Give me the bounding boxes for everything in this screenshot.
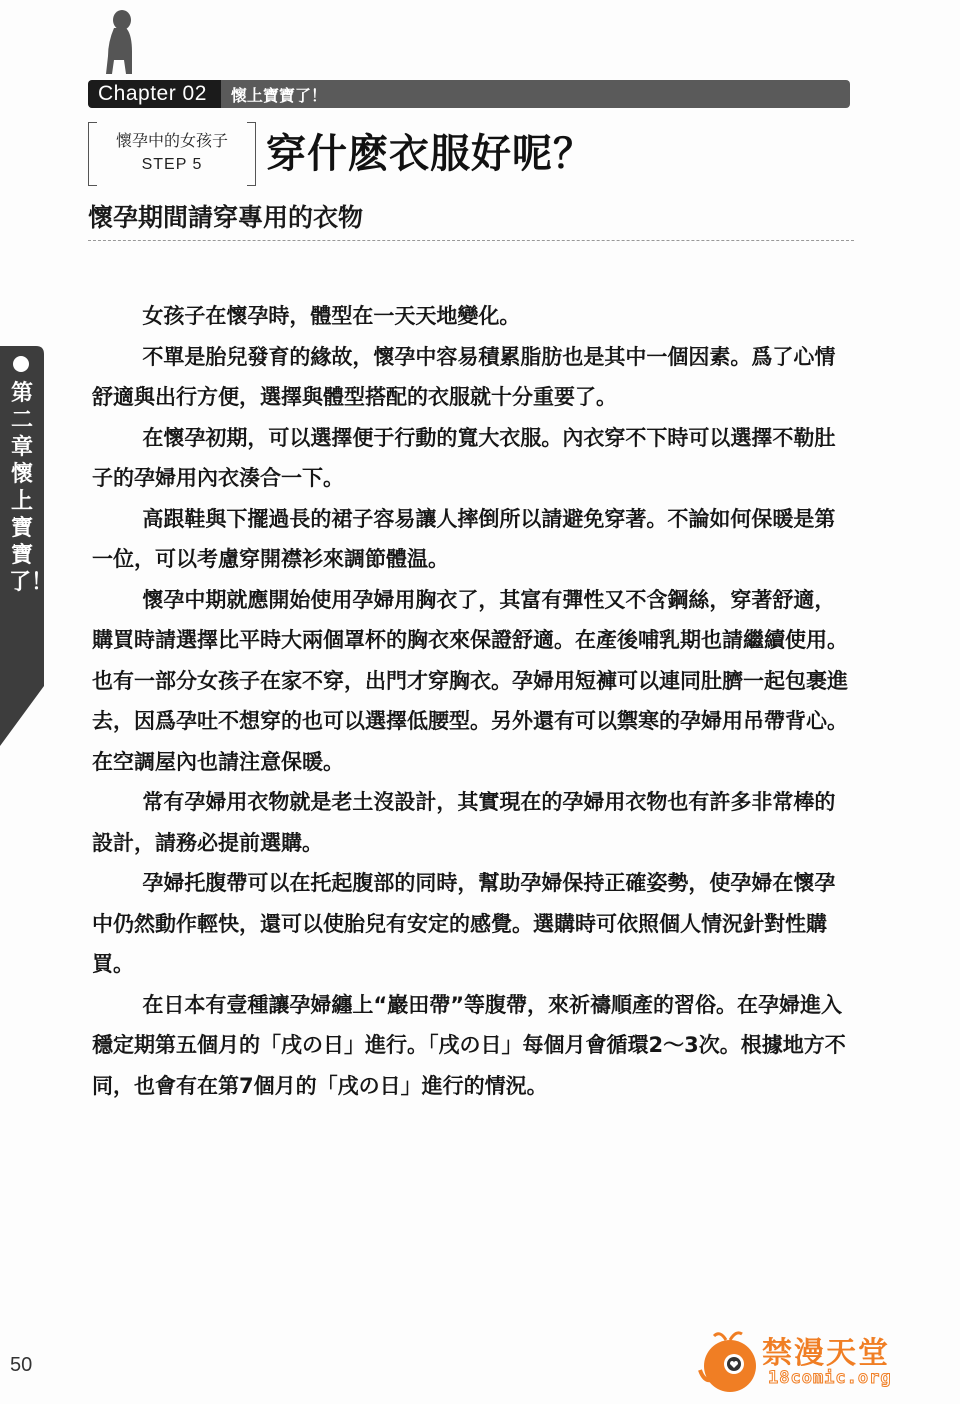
page-title: 穿什麽衣服好呢？ — [266, 122, 594, 179]
paragraph: 常有孕婦用衣物就是老土沒設計，其實現在的孕婦用衣物也有許多非常棒的設計，請務必提… — [92, 782, 852, 863]
step-box: 懷孕中的女孩子 STEP 5 — [88, 122, 256, 184]
step-number: STEP 5 — [88, 156, 256, 174]
page-number: 50 — [10, 1354, 32, 1377]
watermark-url: 18comic.org — [768, 1368, 892, 1388]
mascot-icon — [696, 1330, 762, 1396]
watermark-logo: 禁漫天堂 18comic.org — [696, 1328, 922, 1396]
body-text: 女孩子在懷孕時，體型在一天天地變化。 不單是胎兒發育的緣故，懷孕中容易積累脂肪也… — [92, 296, 852, 1106]
bullet-dot-icon — [13, 356, 29, 372]
step-category: 懷孕中的女孩子 — [88, 128, 256, 151]
paragraph: 孕婦托腹帶可以在托起腹部的同時，幫助孕婦保持正確姿勢，使孕婦在懷孕中仍然動作輕快… — [92, 863, 852, 985]
chapter-header-bar: Chapter 02 懷上寶寶了！ — [88, 80, 850, 108]
chapter-label: Chapter 02 — [88, 80, 221, 108]
paragraph: 女孩子在懷孕時，體型在一天天地變化。 — [92, 296, 852, 337]
section-subtitle: 懷孕期間請穿專用的衣物 — [88, 198, 363, 234]
divider — [88, 240, 854, 241]
crawling-baby-icon — [102, 8, 138, 78]
side-tab-label: 第二章 懷上寶寶了！ — [9, 380, 35, 596]
paragraph: 懷孕中期就應開始使用孕婦用胸衣了，其富有彈性又不含鋼絲，穿著舒適，購買時請選擇比… — [92, 580, 852, 783]
chapter-title: 懷上寶寶了！ — [221, 83, 327, 106]
paragraph: 不單是胎兒發育的緣故，懷孕中容易積累脂肪也是其中一個因素。爲了心情舒適與出行方便… — [92, 337, 852, 418]
paragraph: 在日本有壹種讓孕婦纏上“巖田帶”等腹帶，來祈禱順產的習俗。在孕婦進入穩定期第五個… — [92, 985, 852, 1107]
paragraph: 高跟鞋與下擺過長的裙子容易讓人摔倒所以請避免穿著。不論如何保暖是第一位，可以考慮… — [92, 499, 852, 580]
side-chapter-tab: 第二章 懷上寶寶了！ — [0, 346, 44, 746]
paragraph: 在懷孕初期，可以選擇便于行動的寬大衣服。內衣穿不下時可以選擇不勒肚子的孕婦用內衣… — [92, 418, 852, 499]
watermark-name: 禁漫天堂 — [762, 1328, 890, 1372]
